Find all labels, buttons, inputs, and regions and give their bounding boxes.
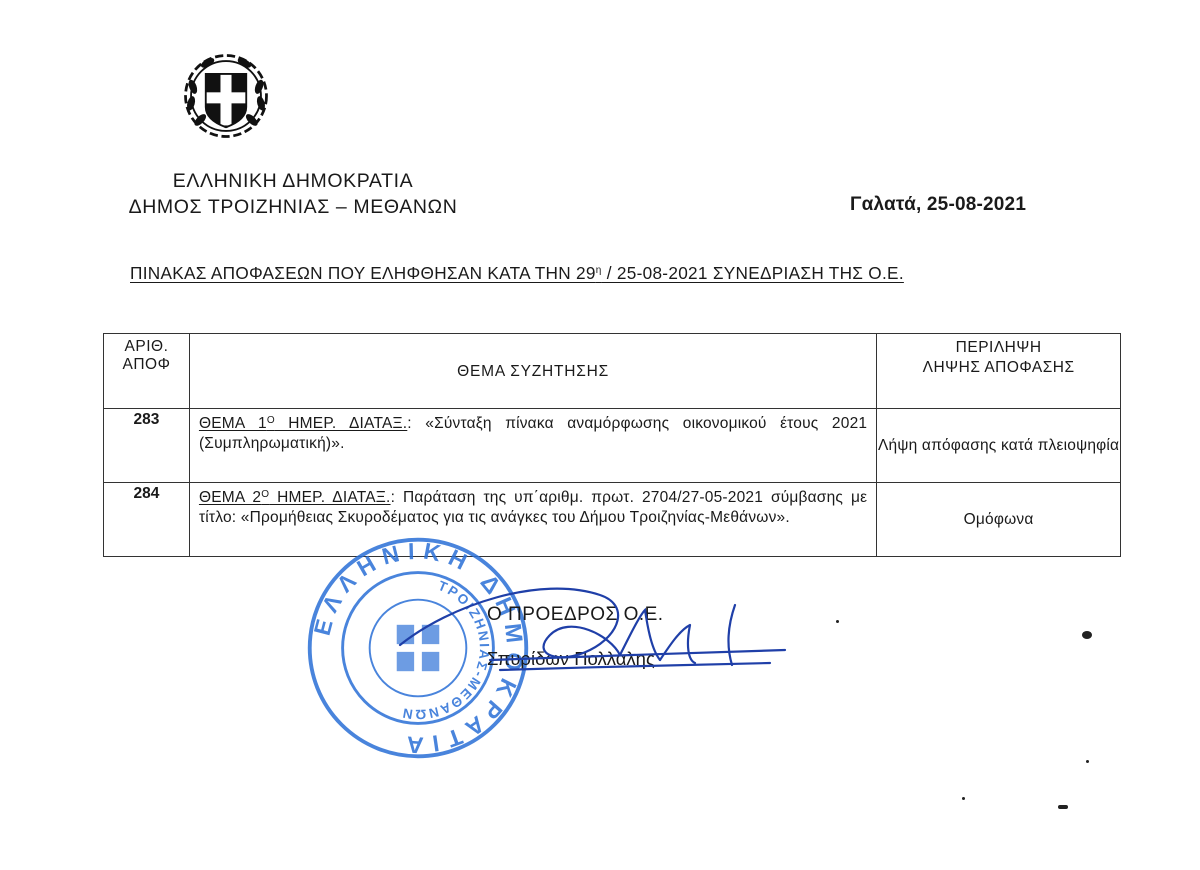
header-subject: ΘΕΜΑ ΣΥΖΗΤΗΣΗΣ [189, 334, 876, 409]
issuer-country: ΕΛΛΗΝΙΚΗ ΔΗΜΟΚΡΑΤΙΑ [108, 168, 478, 194]
scan-artifact [1086, 760, 1089, 763]
handwritten-signature-icon [390, 575, 790, 685]
header-result: ΠΕΡΙΛΗΨΗ ΛΗΨΗΣ ΑΠΟΦΑΣΗΣ [877, 334, 1121, 409]
issuer-block: ΕΛΛΗΝΙΚΗ ΔΗΜΟΚΡΑΤΙΑ ΔΗΜΟΣ ΤΡΟΙΖΗΝΙΑΣ – Μ… [108, 168, 478, 220]
decisions-table: ΑΡΙΘ. ΑΠΟΦ ΘΕΜΑ ΣΥΖΗΤΗΣΗΣ ΠΕΡΙΛΗΨΗ ΛΗΨΗΣ… [103, 333, 1121, 557]
header-number-line1: ΑΡΙΘ. [104, 338, 189, 356]
scan-artifact [836, 620, 839, 623]
table-row: 283 ΘΕΜΑ 1Ο ΗΜΕΡ. ΔΙΑΤΑΞ.: «Σύνταξη πίνα… [104, 409, 1121, 483]
header-result-line1: ΠΕΡΙΛΗΨΗ [877, 338, 1120, 358]
scan-artifact [962, 797, 965, 800]
topic-label: ΘΕΜΑ 1Ο ΗΜΕΡ. ΔΙΑΤΑΞ. [199, 415, 407, 432]
header-decision-number: ΑΡΙΘ. ΑΠΟΦ [104, 334, 190, 409]
table-row: 284 ΘΕΜΑ 2Ο ΗΜΕΡ. ΔΙΑΤΑΞ.: Παράταση της … [104, 483, 1121, 557]
issuer-municipality: ΔΗΜΟΣ ΤΡΟΙΖΗΝΙΑΣ – ΜΕΘΑΝΩΝ [108, 194, 478, 220]
title-prefix: ΠΙΝΑΚΑΣ ΑΠΟΦΑΣΕΩΝ ΠΟΥ ΕΛΗΦΘΗΣΑΝ ΚΑΤΑ ΤΗΝ… [130, 263, 596, 283]
header-number-line2: ΑΠΟΦ [104, 356, 189, 374]
decision-number: 283 [104, 409, 190, 483]
document-title: ΠΙΝΑΚΑΣ ΑΠΟΦΑΣΕΩΝ ΠΟΥ ΕΛΗΦΘΗΣΑΝ ΚΑΤΑ ΤΗΝ… [130, 263, 904, 284]
title-suffix: / 25-08-2021 ΣΥΝΕΔΡΙΑΣΗ ΤΗΣ Ο.Ε. [602, 263, 904, 283]
scan-artifact [1082, 631, 1092, 639]
table-header-row: ΑΡΙΘ. ΑΠΟΦ ΘΕΜΑ ΣΥΖΗΤΗΣΗΣ ΠΕΡΙΛΗΨΗ ΛΗΨΗΣ… [104, 334, 1121, 409]
greek-coat-of-arms-icon [180, 50, 272, 142]
decision-result: Ομόφωνα [877, 483, 1121, 557]
header-result-line2: ΛΗΨΗΣ ΑΠΟΦΑΣΗΣ [877, 358, 1120, 378]
scan-artifact [1058, 805, 1068, 809]
topic-label: ΘΕΜΑ 2Ο ΗΜΕΡ. ΔΙΑΤΑΞ. [199, 489, 391, 506]
place-date: Γαλατά, 25-08-2021 [850, 194, 1026, 216]
decision-number: 284 [104, 483, 190, 557]
decision-result: Λήψη απόφασης κατά πλειοψηφία [877, 409, 1121, 483]
decision-subject: ΘΕΜΑ 1Ο ΗΜΕΡ. ΔΙΑΤΑΞ.: «Σύνταξη πίνακα α… [189, 409, 876, 483]
